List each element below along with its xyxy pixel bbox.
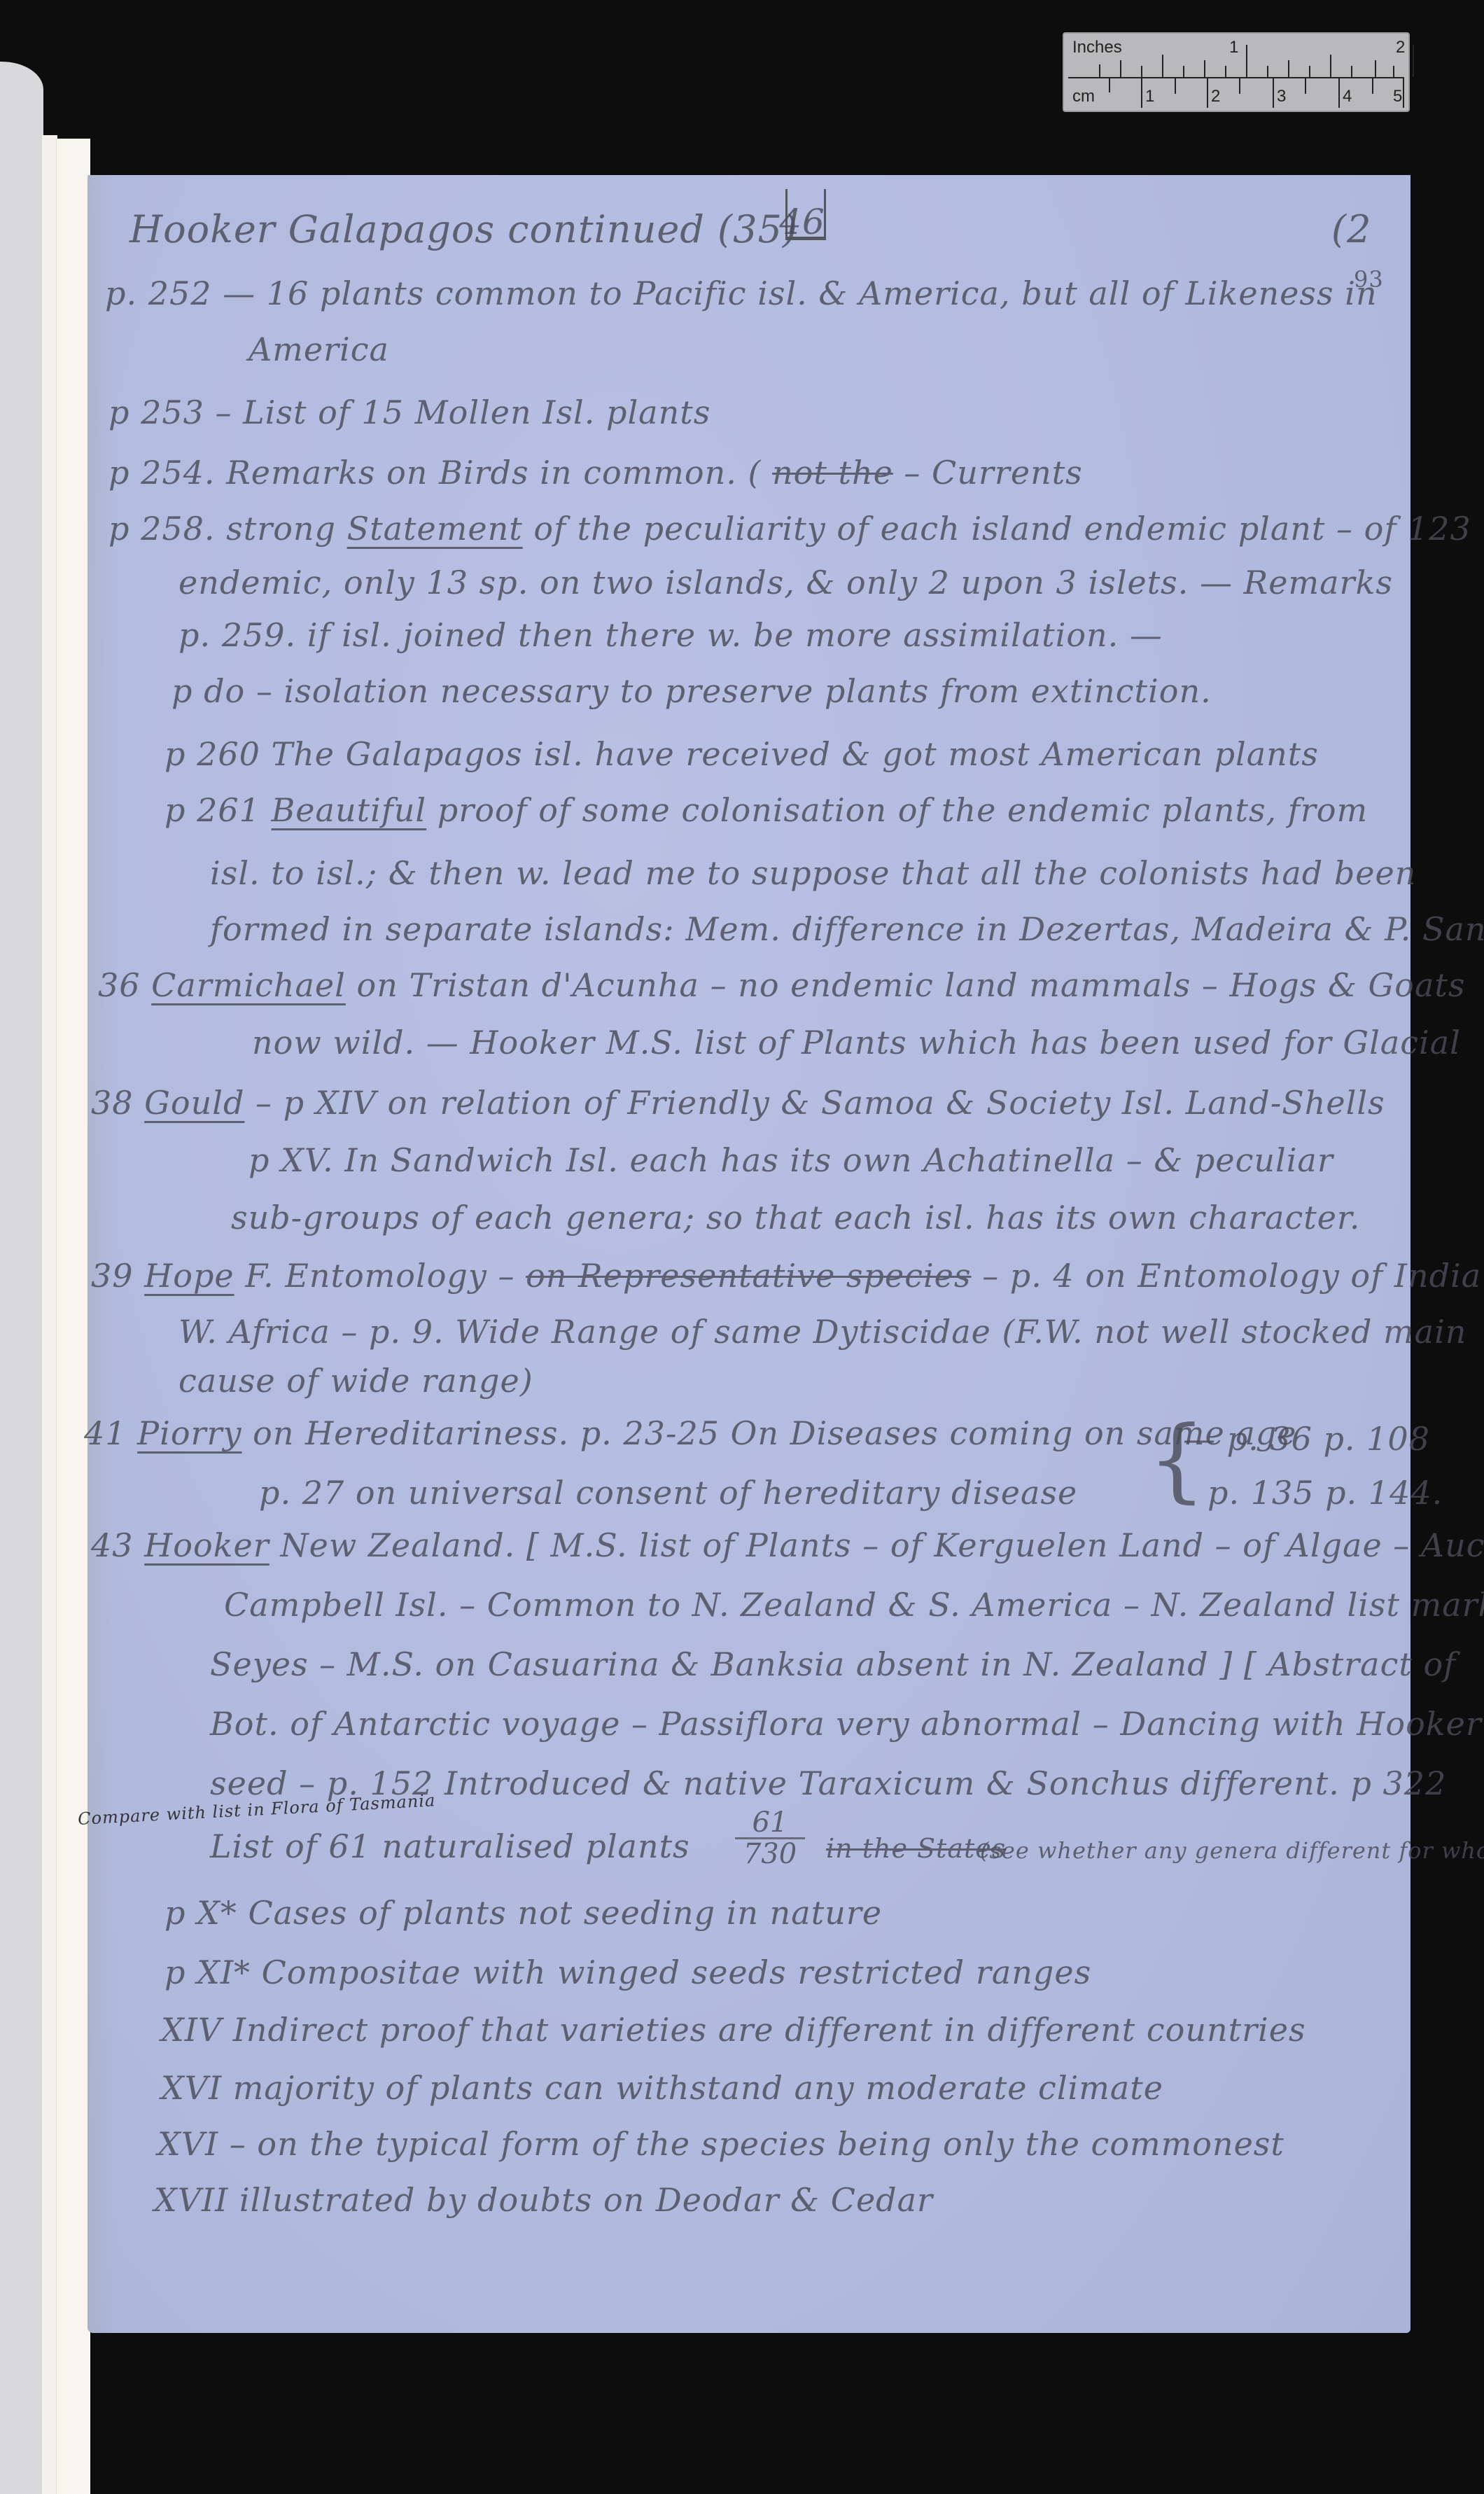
manuscript-line: XVI majority of plants can withstand any… [161, 2069, 1163, 2107]
ruler-tick [1372, 77, 1373, 94]
book-leaf-back [0, 62, 43, 2494]
manuscript-line: p 260 The Galapagos isl. have received &… [164, 735, 1319, 773]
manuscript-line: Campbell Isl. – Common to N. Zealand & S… [224, 1586, 1484, 1624]
ruler-tick [1338, 77, 1340, 108]
manuscript-line: isl. to isl.; & then w. lead me to suppo… [210, 854, 1416, 892]
ruler-tick [1267, 66, 1268, 77]
struck-text: not the [772, 454, 893, 492]
struck-text: in the States [826, 1833, 1006, 1864]
manuscript-line: p 261 Beautiful proof of some colonisati… [164, 791, 1368, 829]
line-text: F. Entomology – [245, 1257, 514, 1295]
line-text: on Tristan d'Acunha – no endemic land ma… [357, 966, 1466, 1004]
manuscript-line: XIV Indirect proof that varieties are di… [161, 2011, 1306, 2049]
fraction: 61 730 [735, 1808, 805, 1869]
entry-number: 43 [91, 1526, 134, 1564]
manuscript-line: America [248, 330, 389, 368]
line-text: – p. 4 on Entomology of India & [982, 1257, 1484, 1295]
ruler-cm-5: 5 [1393, 87, 1402, 106]
ruler-tick [1175, 77, 1176, 94]
manuscript-entry-36: 36 Carmichael on Tristan d'Acunha – no e… [98, 966, 1466, 1004]
manuscript-line: W. Africa – p. 9. Wide Range of same Dyt… [178, 1313, 1466, 1351]
manuscript-entry-41: 41 Piorry on Hereditariness. p. 23-25 On… [84, 1414, 1297, 1452]
ruler-tick [1393, 66, 1394, 77]
ruler-inch-2: 2 [1396, 38, 1405, 57]
line-text: p 261 [164, 791, 260, 829]
page-heading: Hooker Galapagos continued (35) [129, 207, 798, 251]
manuscript-line: List of 61 naturalised plants [210, 1827, 690, 1865]
entry-number: 38 [91, 1084, 134, 1122]
line-text: – p XIV on relation of Friendly & Samoa … [255, 1084, 1385, 1122]
ruler-tick [1141, 66, 1142, 77]
line-text: p 254. Remarks on Birds in common. ( [108, 454, 761, 492]
manuscript-line: p. 27 on universal consent of hereditary… [259, 1474, 1077, 1512]
manuscript-entry-39: 39 Hope F. Entomology – on Representativ… [91, 1257, 1484, 1295]
ruler-tick [1273, 77, 1274, 108]
manuscript-line: p do – isolation necessary to preserve p… [171, 672, 1212, 710]
fraction-denominator: 730 [735, 1839, 805, 1869]
manuscript-line: p XV. In Sandwich Isl. each has its own … [248, 1141, 1333, 1179]
manuscript-line: Bot. of Antarctic voyage – Passiflora ve… [210, 1705, 1482, 1743]
underlined-text: Hooker [144, 1526, 269, 1564]
manuscript-line: formed in separate islands: Mem. differe… [210, 910, 1484, 948]
boxed-number: 46 [767, 202, 837, 242]
manuscript-line: p X* Cases of plants not seeding in natu… [164, 1894, 882, 1932]
manuscript-line: p 254. Remarks on Birds in common. ( not… [108, 454, 1083, 492]
ruler-tick [1375, 60, 1376, 77]
manuscript-line: p. 259. if isl. joined then there w. be … [178, 616, 1163, 654]
manuscript-line: XVII illustrated by doubts on Deodar & C… [154, 2181, 933, 2219]
ruler-tick [1120, 60, 1121, 77]
underlined-text: Gould [144, 1084, 244, 1122]
ruler-tick [1403, 77, 1404, 108]
line-text: – Currents [904, 454, 1082, 492]
ruler-tick [1162, 55, 1163, 77]
entry-number: 39 [91, 1257, 134, 1295]
underlined-text: Carmichael [151, 966, 346, 1004]
ruler-cm-2: 2 [1211, 87, 1220, 106]
ruler-cm-1: 1 [1145, 87, 1154, 106]
ruler-tick [1288, 60, 1289, 77]
folio-bracket: (2 [1331, 207, 1371, 251]
manuscript-line: p 258. strong Statement of the peculiari… [108, 510, 1471, 548]
ruler-cm-3: 3 [1277, 87, 1286, 106]
ruler-tick [1351, 66, 1352, 77]
struck-text: on Representative species [526, 1257, 971, 1295]
ruler-tick [1305, 77, 1306, 94]
ruler-cm-label: cm [1072, 87, 1095, 106]
underlined-text: Statement [347, 510, 523, 548]
manuscript-line: sub-groups of each genera; so that each … [231, 1199, 1360, 1236]
manuscript-line: Seyes – M.S. on Casuarina & Banksia abse… [210, 1645, 1456, 1683]
ruler-tick [1239, 77, 1240, 94]
line-text: p 258. strong [108, 510, 336, 548]
ruler-tick [1309, 66, 1310, 77]
ruler-tick [1225, 66, 1226, 77]
manuscript-entry-38: 38 Gould – p XIV on relation of Friendly… [91, 1084, 1385, 1122]
manuscript-line: cause of wide range) [178, 1362, 533, 1400]
underlined-text: Beautiful [272, 791, 427, 829]
ruler-cm-4: 4 [1343, 87, 1352, 106]
manuscript-line: p 253 – List of 15 Mollen Isl. plants [108, 393, 710, 431]
ruler-tick [1330, 55, 1331, 77]
underlined-text: Piorry [137, 1414, 241, 1452]
entry-number: 41 [84, 1414, 127, 1452]
ruler-axis [1068, 77, 1404, 78]
book-leaf-edge [56, 139, 90, 2494]
line-text: on Hereditariness. p. 23-25 On Diseases … [253, 1414, 1296, 1452]
book-leaf-edge [42, 135, 57, 2494]
entry-number: 36 [98, 966, 141, 1004]
ruler-inch-1: 1 [1229, 38, 1238, 57]
ruler-tick [1207, 77, 1208, 108]
line-text: proof of some colonisation of the endemi… [437, 791, 1368, 829]
fraction-numerator: 61 [735, 1808, 805, 1839]
manuscript-line: — p. 36 p. 108 [1183, 1420, 1430, 1458]
line-text: of the peculiarity of each island endemi… [533, 510, 1471, 548]
line-text: List of 61 naturalised plants [210, 1827, 690, 1865]
line-text: New Zealand. [ M.S. list of Plants – of … [280, 1526, 1484, 1564]
manuscript-entry-43: 43 Hooker New Zealand. [ M.S. list of Pl… [91, 1526, 1484, 1564]
manuscript-line: endemic, only 13 sp. on two islands, & o… [178, 564, 1393, 601]
ruler-tick [1183, 66, 1184, 77]
manuscript-line: now wild. — Hooker M.S. list of Plants w… [252, 1024, 1461, 1061]
ruler-tick [1246, 45, 1247, 77]
ruler-tick [1413, 45, 1414, 77]
underlined-text: Hope [144, 1257, 234, 1295]
manuscript-line: p. 135 p. 144. [1207, 1474, 1443, 1512]
ruler-tick [1099, 64, 1100, 77]
manuscript-page [87, 175, 1410, 2333]
manuscript-line: p XI* Compositae with winged seeds restr… [164, 1953, 1091, 1991]
manuscript-line: XVI – on the typical form of the species… [157, 2125, 1284, 2163]
ruler-tick [1141, 77, 1142, 108]
ruler-tick [1204, 60, 1205, 77]
manuscript-aside: (see whether any genera different for wh… [980, 1837, 1484, 1864]
ruler-tick [1109, 77, 1110, 92]
scale-ruler: Inches cm 1 2 1 2 3 4 5 [1063, 32, 1410, 112]
manuscript-line: p. 252 — 16 plants common to Pacific isl… [105, 274, 1378, 312]
ruler-inches-label: Inches [1072, 38, 1122, 57]
